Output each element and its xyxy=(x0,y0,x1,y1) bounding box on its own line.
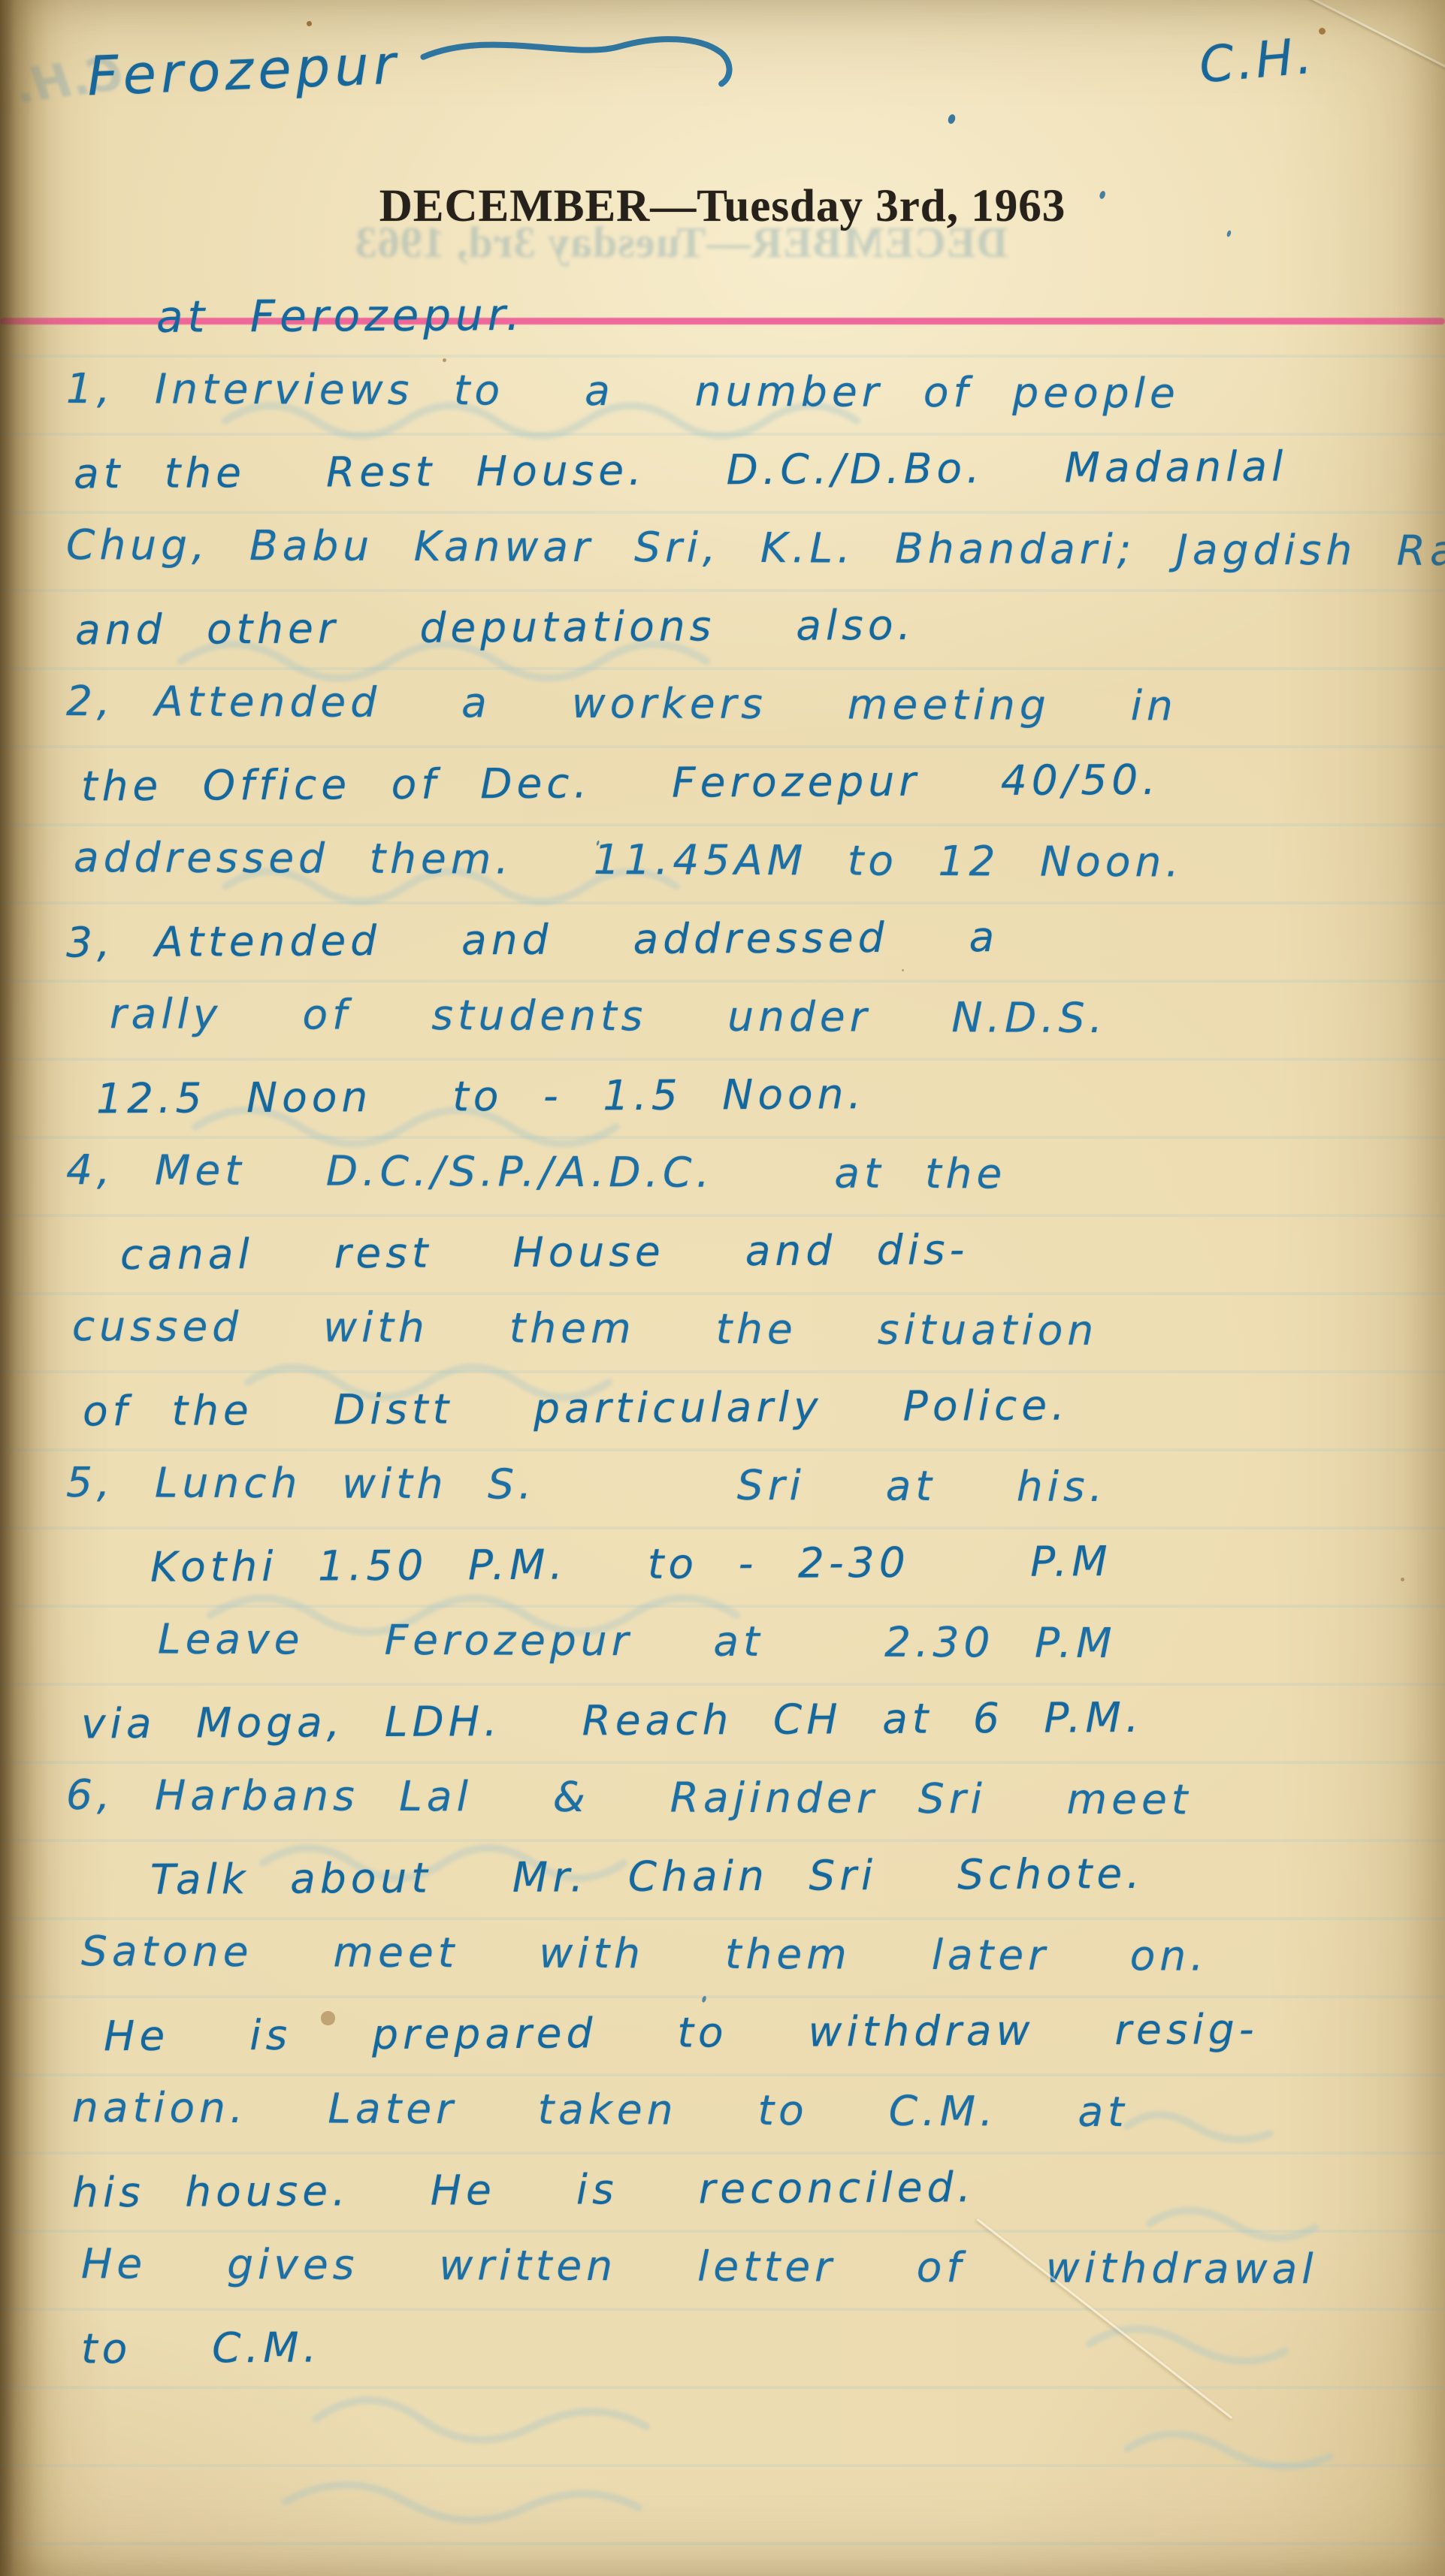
handwritten-line: and other deputations also. xyxy=(66,582,1445,669)
handwritten-line: 3, Attended and addressed a xyxy=(66,895,1445,981)
handwritten-line: of the Distt particularly Police. xyxy=(66,1363,1445,1450)
handwritten-line: canal rest House and dis- xyxy=(66,1207,1445,1294)
diary-entry-body: at Ferozepur. 1, Interviews to a number … xyxy=(0,274,1445,2384)
diary-page: C.H. DECEMBER—Tuesday 3rd, 1963 Ferozepu… xyxy=(0,0,1445,2576)
handwritten-line: 1, Interviews to a number of people xyxy=(66,349,1445,433)
handwritten-place-annotation: Ferozepur xyxy=(86,10,751,125)
handwritten-line: to C.M. xyxy=(66,2301,1445,2387)
handwritten-line: Satone meet with them later on. xyxy=(66,1912,1445,1996)
handwritten-line: He gives written letter of withdrawal xyxy=(66,2224,1445,2309)
handwritten-line: Talk about Mr. Chain Sri Schote. xyxy=(66,1832,1445,1919)
handwritten-initials: C.H. xyxy=(1197,26,1317,94)
handwritten-line: via Moga, LDH. Reach CH at 6 P.M. xyxy=(66,1676,1445,1762)
handwritten-line: at the Rest House. D.C./D.Bo. Madanlal xyxy=(66,426,1445,512)
handwritten-line: 5, Lunch with S. Sri at his. xyxy=(66,1443,1445,1527)
handwritten-line: Kothi 1.50 P.M. to - 2-30 P.M xyxy=(66,1520,1445,1606)
handwritten-line: He is prepared to withdraw resig- xyxy=(66,1989,1445,2075)
handwritten-line: Chug, Babu Kanwar Sri, K.L. Bhandari; Ja… xyxy=(66,506,1445,590)
handwritten-line: 12.5 Noon to - 1.5 Noon. xyxy=(66,1051,1445,1137)
handwritten-line: 2, Attended a workers meeting in xyxy=(66,662,1445,746)
printed-date-header: DECEMBER—Tuesday 3rd, 1963 xyxy=(0,180,1445,233)
place-name: Ferozepur xyxy=(86,33,401,108)
handwritten-line: cussed with them the situation xyxy=(66,1287,1445,1371)
pen-flourish-stroke xyxy=(418,10,751,113)
handwritten-line: rally of students under N.D.S. xyxy=(66,974,1445,1058)
handwritten-line: nation. Later taken to C.M. at xyxy=(66,2068,1445,2152)
stray-ink-dots xyxy=(947,113,957,125)
handwritten-line: his house. He is reconciled. xyxy=(66,2145,1445,2231)
handwritten-line: the Office of Dec. Ferozepur 40/50. xyxy=(66,738,1445,825)
handwritten-line: addressed them. 11.45AM to 12 Noon. xyxy=(66,818,1445,902)
handwritten-line: Leave Ferozepur at 2.30 P.M xyxy=(66,1599,1445,1684)
binding-shadow xyxy=(0,0,68,2576)
handwritten-line: 4, Met D.C./S.P./A.D.C. at the xyxy=(66,1131,1445,1215)
paper-stain-specks xyxy=(307,21,312,26)
handwritten-line: at Ferozepur. xyxy=(66,270,1445,356)
handwritten-line: 6, Harbans Lal & Rajinder Sri meet xyxy=(66,1756,1445,1840)
